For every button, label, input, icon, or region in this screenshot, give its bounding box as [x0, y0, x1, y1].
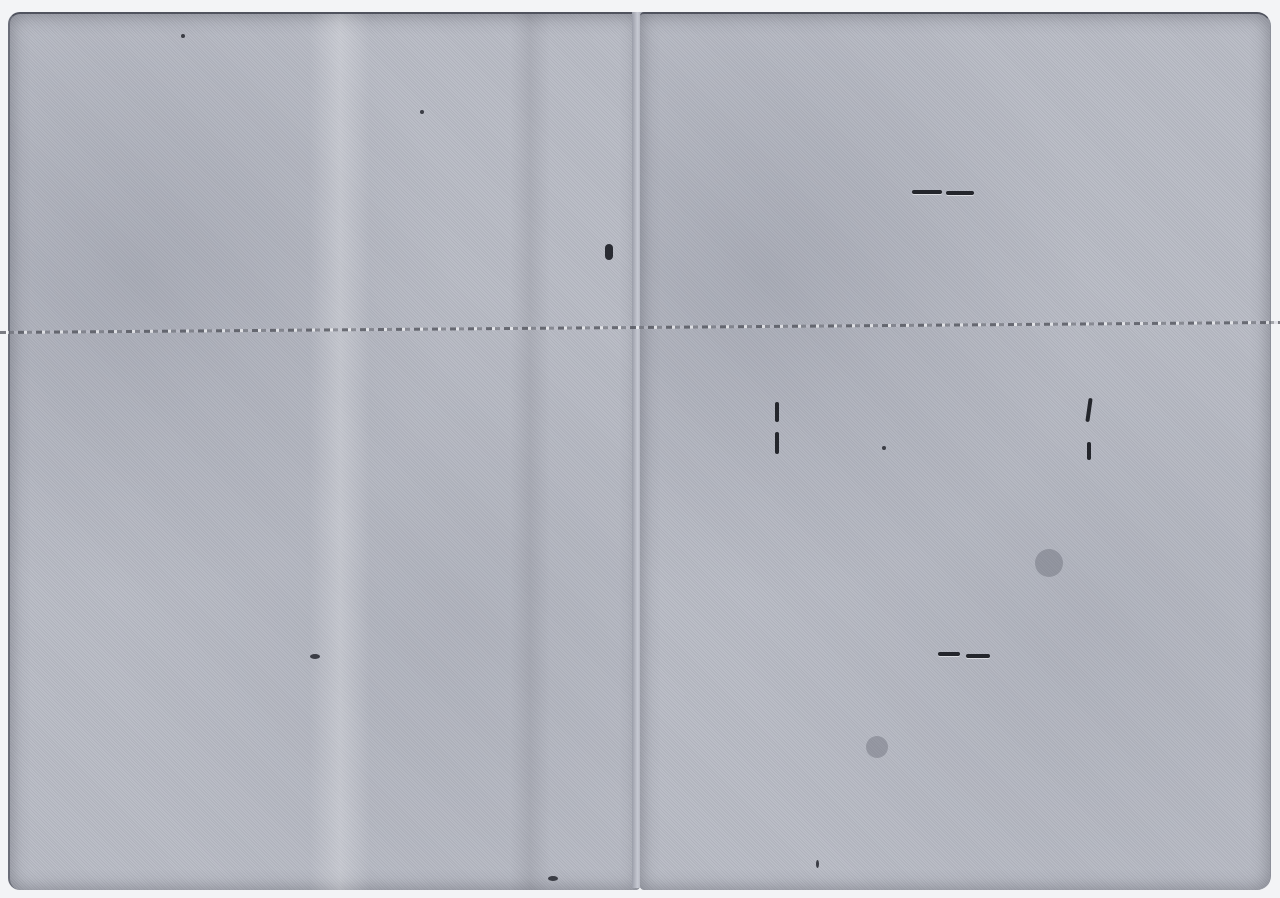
staple-hole-left-upper	[775, 402, 779, 422]
staple-hole-right-lower	[1087, 442, 1091, 460]
light-band	[310, 14, 370, 890]
wear-spot	[548, 876, 558, 881]
staple-hole-right-upper	[1085, 398, 1092, 422]
staple-hole-top-left	[912, 190, 942, 194]
wear-spot	[310, 654, 320, 659]
wear-smudge	[866, 736, 888, 758]
wear-spot	[816, 860, 819, 868]
right-cover-panel	[640, 12, 1271, 890]
staple-hole-bottom-right	[966, 654, 990, 658]
scanned-booklet	[0, 0, 1280, 898]
left-cover-panel	[8, 12, 640, 890]
staple-hole-bottom-left	[938, 652, 960, 656]
hole-mark	[605, 244, 613, 260]
wear-smudge	[1035, 549, 1063, 577]
staple-hole-left-lower	[775, 432, 779, 454]
staple-hole-top-right	[946, 191, 974, 195]
wear-spot	[882, 446, 886, 450]
wear-spot	[181, 34, 185, 38]
shadow-band	[510, 14, 550, 890]
wear-spot	[420, 110, 424, 114]
